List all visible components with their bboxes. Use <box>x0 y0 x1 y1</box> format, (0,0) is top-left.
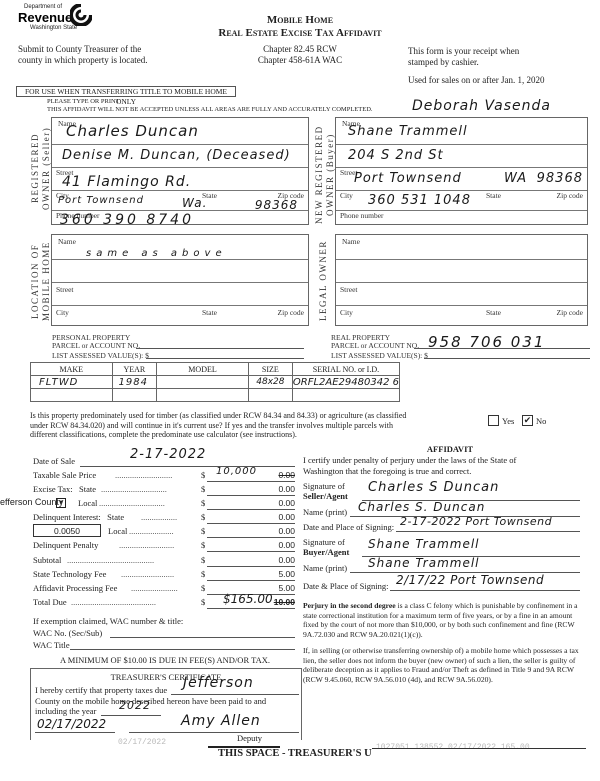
timber-no-label: No <box>536 416 546 426</box>
perjury-bold: Perjury in the second degree <box>303 601 396 610</box>
location-zip-label: Zip code <box>278 308 304 317</box>
seller-name2-field[interactable]: Denise M. Duncan, (Deceased) <box>62 148 291 163</box>
buyer-sig-label-2: Buyer/Agent <box>303 547 349 557</box>
legal-owner-box: Name Street City State Zip code <box>335 234 588 326</box>
sales-date-note: Used for sales on or after Jan. 1, 2020 <box>408 75 544 85</box>
buyer-date-place-value: 2/17/22 Port Townsend <box>396 573 544 587</box>
interest-state-value[interactable]: 0.00 <box>278 512 295 522</box>
seller-sig-label-1: Signature of <box>303 481 345 491</box>
legal-owner-section-label: LEGAL OWNER <box>318 236 332 326</box>
total-due-handwritten: $165.00 <box>223 592 273 606</box>
personal-property-label-2: PARCEL or ACCOUNT NO. <box>52 341 140 350</box>
make-cell[interactable] <box>31 389 113 402</box>
fee-row-total-due: Total Due ..............................… <box>33 597 295 611</box>
buyer-phone-field[interactable]: 360 531 1048 <box>368 193 471 208</box>
receipt-note-1: This form is your receipt when <box>408 46 519 56</box>
margin-signature: Deborah Vasenda <box>412 98 551 114</box>
taxable-price-handwritten: 10,000 <box>216 466 257 477</box>
treasurer-line1: I hereby certify that property taxes due <box>35 685 167 695</box>
location-state-label: State <box>202 308 217 317</box>
seller-name-print-value: Charles S. Duncan <box>358 500 485 514</box>
submit-note-2: county in which property is located. <box>18 55 147 65</box>
real-property-account-value: 958 706 031 <box>428 333 545 351</box>
buyer-sig-label-1: Signature of <box>303 537 345 547</box>
serial-cell[interactable]: ORFL2AE29480342 6 <box>292 376 399 389</box>
excise-local-value[interactable]: 0.00 <box>278 498 295 508</box>
cashier-stamp-left: 02/17/2022 <box>118 738 166 747</box>
mobile-home-table: MAKE YEAR MODEL SIZE SERIAL NO. or I.D. … <box>30 362 400 402</box>
timber-no-checkbox[interactable]: ✔ <box>522 415 533 426</box>
wac-no-field[interactable] <box>110 628 295 638</box>
fee-row-interest-local: Local ..................... $ 0.00 <box>33 526 295 540</box>
subtotal-value: 0.00 <box>278 555 295 565</box>
model-cell[interactable] <box>157 389 249 402</box>
legal-owner-state-label: State <box>486 308 501 317</box>
wac-title-label: WAC Title <box>33 640 70 650</box>
legal-owner-name-label: Name <box>342 237 360 246</box>
col-serial-header: SERIAL NO. or I.D. <box>292 363 399 376</box>
table-row <box>31 389 400 402</box>
exemption-label: If exemption claimed, WAC number & title… <box>33 616 183 626</box>
seller-signature-value: Charles S Duncan <box>368 480 499 495</box>
buyer-name-print-label: Name (print) <box>303 563 347 573</box>
seller-date-place-value: 2-17-2022 Port Townsend <box>400 515 552 528</box>
total-due-value: 10.00 <box>274 597 295 607</box>
fee-row-tech-fee: State Technology Fee ...................… <box>33 569 295 583</box>
buyer-zip-field[interactable]: 98368 <box>537 171 583 186</box>
wac-title-field[interactable] <box>70 640 295 650</box>
tax-lien-notice: If, in selling (or otherwise transferrin… <box>303 646 586 684</box>
legal-owner-street-label: Street <box>340 285 358 294</box>
treasurer-space-rule-right <box>372 748 586 749</box>
location-street-label: Street <box>56 285 74 294</box>
buyer-name-field[interactable]: Shane Trammell <box>348 124 468 139</box>
fee-row-excise-state: Excise Tax: State ......................… <box>33 484 295 498</box>
buyer-city-field[interactable]: Port Townsend <box>354 171 462 186</box>
location-box: Name same as above Street City State Zip… <box>51 234 309 326</box>
timber-question-text: Is this property predominately used for … <box>30 411 412 440</box>
personal-property-account-field[interactable] <box>136 340 304 349</box>
treasurer-title: TREASURER'S CERTIFICATE <box>31 672 301 682</box>
interest-local-value[interactable]: 0.00 <box>278 526 295 536</box>
buyer-signature-value: Shane Trammell <box>368 537 480 551</box>
treasurer-signature-value: Amy Allen <box>181 713 261 729</box>
receipt-note-2: stamped by cashier. <box>408 57 479 67</box>
treasurer-space-label: THIS SPACE - TREASURER'S U <box>218 748 372 759</box>
please-type-note: PLEASE TYPE OR PRINT <box>47 98 120 105</box>
personal-property-assessed-label: LIST ASSESSED VALUE(S): $ <box>52 351 149 360</box>
make-cell[interactable]: FLTWD <box>31 376 113 389</box>
tech-fee-value: 5.00 <box>278 569 295 579</box>
col-size-header: SIZE <box>248 363 292 376</box>
transfer-banner: FOR USE WHEN TRANSFERRING TITLE TO MOBIL… <box>16 86 236 97</box>
location-name-field[interactable]: same as above <box>86 248 227 259</box>
seller-date-place-label: Date and Place of Signing: <box>303 522 394 532</box>
fee-row-excise-local: Local ............................... $ … <box>33 498 295 512</box>
treasurer-date-value: 02/17/2022 <box>37 717 106 731</box>
year-cell[interactable]: 1984 <box>112 376 157 389</box>
treasurer-county-value: Jefferson <box>183 675 254 691</box>
fee-row-subtotal: Subtotal ...............................… <box>33 555 295 569</box>
buyer-date-place-label: Date & Place of Signing: <box>303 581 388 591</box>
treasurer-space-rule <box>208 746 280 748</box>
seller-box: Name Charles Duncan Denise M. Duncan, (D… <box>51 117 309 225</box>
buyer-phone-label: Phone number <box>340 211 384 220</box>
deputy-label: Deputy <box>237 733 262 743</box>
buyer-state-label: State <box>486 191 501 200</box>
legal-owner-city-label: City <box>340 308 353 317</box>
size-cell[interactable] <box>248 389 292 402</box>
size-cell[interactable]: 48x28 <box>248 376 292 389</box>
treasurer-line3: including the year <box>35 706 96 716</box>
perjury-notice: Perjury in the second degree is a class … <box>303 601 586 639</box>
affidavit-certify: I certify under penalty of perjury under… <box>303 455 553 477</box>
seller-name-print-label: Name (print) <box>303 507 347 517</box>
buyer-street-field[interactable]: 204 S 2nd St <box>348 148 444 163</box>
treasurer-year-value: 2022 <box>119 699 151 712</box>
timber-yes-label: Yes <box>502 416 514 426</box>
submit-note-1: Submit to County Treasurer of the <box>18 44 141 54</box>
col-year-header: YEAR <box>112 363 157 376</box>
date-of-sale-value: 2-17-2022 <box>130 447 206 462</box>
seller-phone-field[interactable]: 360 390 8740 <box>60 212 194 228</box>
location-city-label: City <box>56 308 69 317</box>
timber-yes-checkbox[interactable] <box>488 415 499 426</box>
buyer-state-field[interactable]: WA <box>504 171 527 186</box>
seller-city-field[interactable]: Port Townsend <box>58 195 144 206</box>
table-row: FLTWD 1984 48x28 ORFL2AE29480342 6 <box>31 376 400 389</box>
form-title-line1: Mobile Home <box>0 14 600 26</box>
year-cell[interactable] <box>112 389 157 402</box>
delinquent-penalty-value[interactable]: 0.00 <box>278 540 295 550</box>
model-cell[interactable] <box>157 376 249 389</box>
chapter-rcw: Chapter 82.45 RCW <box>220 44 380 54</box>
real-property-assessed-label: LIST ASSESSED VALUE(S): $ <box>331 351 428 360</box>
completion-warning: THIS AFFIDAVIT WILL NOT BE ACCEPTED UNLE… <box>47 106 373 113</box>
form-title-line2: Real Estate Excise Tax Affidavit <box>0 27 600 39</box>
seller-sig-label-2: Seller/Agent <box>303 491 348 501</box>
minimum-due-note: A MINIMUM OF $10.00 IS DUE IN FEE(S) AND… <box>30 655 300 665</box>
fee-row-taxable-price: Taxable Sale Price .....................… <box>33 470 295 484</box>
col-model-header: MODEL <box>157 363 249 376</box>
real-property-label-2: PARCEL or ACCOUNT NO. <box>331 341 419 350</box>
excise-state-value[interactable]: 0.00 <box>278 484 295 494</box>
treasurer-certificate-box: TREASURER'S CERTIFICATE I hereby certify… <box>30 668 302 740</box>
col-make-header: MAKE <box>31 363 113 376</box>
buyer-box: Name Shane Trammell 204 S 2nd St Street … <box>335 117 588 225</box>
table-header-row: MAKE YEAR MODEL SIZE SERIAL NO. or I.D. <box>31 363 400 376</box>
legal-owner-zip-label: Zip code <box>557 308 583 317</box>
real-property-assessed-field[interactable] <box>424 350 590 359</box>
buyer-zip-label: Zip code <box>557 191 583 200</box>
seller-name-field[interactable]: Charles Duncan <box>66 122 199 140</box>
chapter-wac: Chapter 458-61A WAC <box>220 55 380 65</box>
taxable-price-value[interactable]: 0.00 <box>278 470 295 480</box>
date-of-sale-label: Date of Sale <box>33 456 75 466</box>
personal-property-assessed-field[interactable] <box>146 350 304 359</box>
buyer-name-print-value: Shane Trammell <box>368 556 480 570</box>
seller-state-field[interactable]: Wa. <box>182 196 207 210</box>
seller-street-field[interactable]: 41 Flamingo Rd. <box>62 174 191 190</box>
wac-no-label: WAC No. (Sec/Sub) <box>33 628 102 638</box>
buyer-city-label: City <box>340 191 353 200</box>
fee-row-delinquent-penalty: Delinquent Penalty .....................… <box>33 540 295 554</box>
affidavit-title: AFFIDAVIT <box>300 444 600 454</box>
location-name-label: Name <box>58 237 76 246</box>
processing-fee-value: 5.00 <box>278 583 295 593</box>
serial-cell[interactable] <box>292 389 399 402</box>
